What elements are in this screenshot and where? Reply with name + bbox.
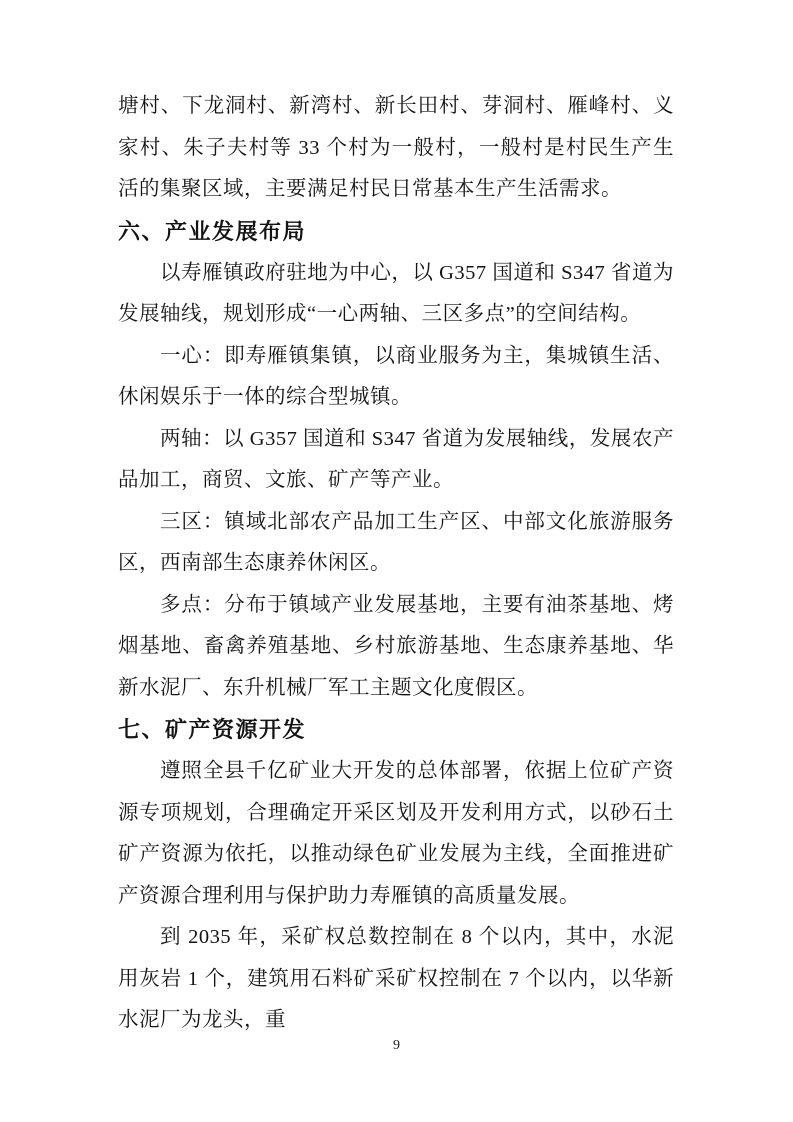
body-paragraph-mineral-overview: 遵照全县千亿矿业大开发的总体部署，依据上位矿产资源专项规划，合理确定开采区划及开… (118, 751, 674, 917)
body-paragraph-two-axes: 两轴：以 G357 国道和 S347 省道为发展轴线，发展农产品加工，商贸、文旅… (118, 419, 674, 502)
document-content: 塘村、下龙洞村、新湾村、新长田村、芽洞村、雁峰村、义家村、朱子夫村等 33 个村… (118, 86, 674, 1042)
body-paragraph-three-zones: 三区：镇域北部农产品加工生产区、中部文化旅游服务区，西南部生态康养休闲区。 (118, 502, 674, 585)
document-page: 塘村、下龙洞村、新湾村、新长田村、芽洞村、雁峰村、义家村、朱子夫村等 33 个村… (0, 0, 793, 1122)
body-paragraph-one-center: 一心：即寿雁镇集镇，以商业服务为主，集城镇生活、休闲娱乐于一体的综合型城镇。 (118, 336, 674, 419)
section-heading-industry-layout: 六、产业发展布局 (118, 211, 674, 253)
body-paragraph: 以寿雁镇政府驻地为中心，以 G357 国道和 S347 省道为发展轴线，规划形成… (118, 253, 674, 336)
body-paragraph-mining-rights: 到 2035 年，采矿权总数控制在 8 个以内，其中，水泥用灰岩 1 个，建筑用… (118, 917, 674, 1042)
body-paragraph-multi-points: 多点：分布于镇域产业发展基地，主要有油茶基地、烤烟基地、畜禽养殖基地、乡村旅游基… (118, 585, 674, 710)
page-footer: 9 (0, 1036, 793, 1054)
section-heading-mineral-resources: 七、矿产资源开发 (118, 709, 674, 751)
page-number: 9 (393, 1038, 400, 1053)
body-paragraph-continued: 塘村、下龙洞村、新湾村、新长田村、芽洞村、雁峰村、义家村、朱子夫村等 33 个村… (118, 86, 674, 211)
